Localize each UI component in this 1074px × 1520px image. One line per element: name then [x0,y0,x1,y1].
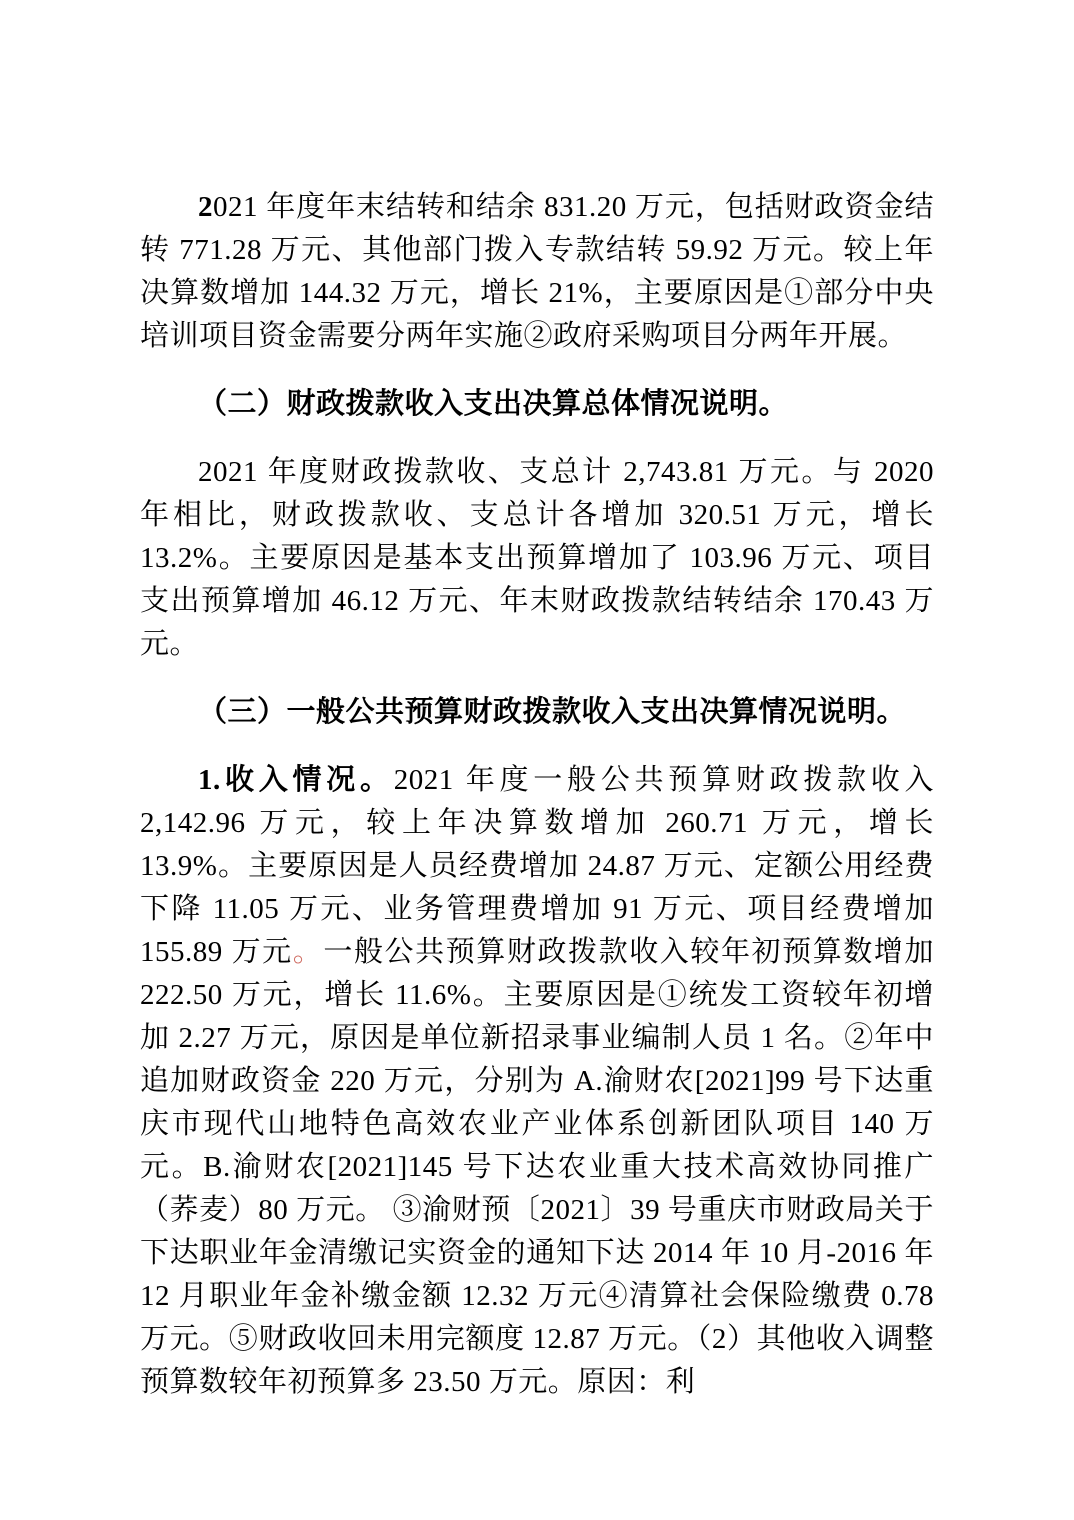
document-page: 2021 年度年末结转和结余 831.20 万元，包括财政资金结转 771.28… [0,0,1074,1520]
paragraph-income-situation-bold-lead: 1.收入情况。 [198,764,394,796]
paragraph-fiscal-appropriation-total: 2021 年度财政拨款收、支总计 2,743.81 万元。与 2020 年相比，… [140,451,934,666]
heading-section-2-fiscal-appropriation-overview: （二）财政拨款收入支出决算总体情况说明。 [140,383,934,426]
heading-section-3-general-public-budget: （三）一般公共预算财政拨款收入支出决算情况说明。 [140,691,934,734]
paragraph-income-situation-red-period: 。 [293,936,324,968]
paragraph-income-situation: 1.收入情况。2021 年度一般公共预算财政拨款收入 2,142.96 万元，较… [140,759,934,1404]
paragraph-year-end-balance-bold-lead: 2 [198,191,213,223]
paragraph-income-situation-text-part2: 一般公共预算财政拨款收入较年初预算数增加 222.50 万元，增长 11.6%。… [140,936,934,1398]
paragraph-year-end-balance-text: 021 年度年末结转和结余 831.20 万元，包括财政资金结转 771.28 … [140,191,934,352]
paragraph-year-end-balance: 2021 年度年末结转和结余 831.20 万元，包括财政资金结转 771.28… [140,186,934,358]
